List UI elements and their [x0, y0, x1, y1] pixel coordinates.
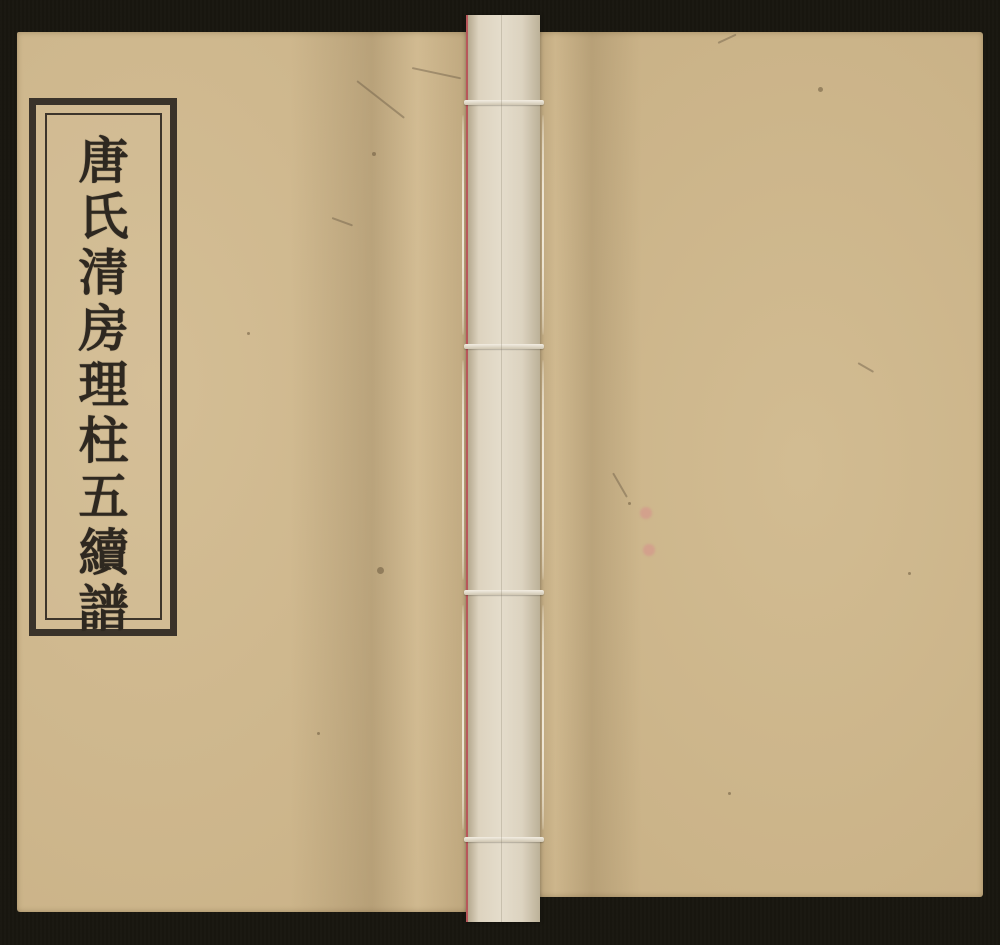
paper-crease — [858, 362, 875, 373]
title-char: 理 — [79, 357, 129, 413]
binding-thread — [462, 115, 464, 335]
binding-stitch — [464, 837, 544, 842]
paper-crease — [612, 473, 628, 498]
binding-thread — [462, 360, 464, 580]
binding-thread — [542, 115, 544, 335]
binding-thread — [542, 605, 544, 830]
binding-stitch — [464, 100, 544, 105]
title-char: 柱 — [79, 413, 129, 469]
stain-spot — [643, 544, 655, 556]
binding-thread — [542, 360, 544, 580]
paper-speck — [247, 332, 250, 335]
paper-crease — [332, 217, 353, 226]
binding-stitch — [464, 344, 544, 349]
paper-speck — [728, 792, 731, 795]
title-char: 氏 — [79, 189, 129, 245]
front-cover: 唐 氏 清 房 理 柱 五 續 譜 — [17, 32, 472, 912]
binding-stitch — [464, 590, 544, 595]
back-cover — [528, 32, 983, 897]
paper-speck — [908, 572, 911, 575]
title-char: 清 — [79, 245, 129, 301]
paper-crease — [356, 80, 405, 119]
binding-thread — [462, 605, 464, 830]
title-char: 譜 — [79, 581, 129, 637]
title-label-inner-frame: 唐 氏 清 房 理 柱 五 續 譜 — [45, 113, 162, 620]
book-spine — [466, 15, 540, 922]
paper-speck — [628, 502, 631, 505]
title-label: 唐 氏 清 房 理 柱 五 續 譜 — [29, 98, 177, 636]
title-char: 續 — [79, 525, 129, 581]
stain-spot — [640, 507, 652, 519]
paper-speck — [372, 152, 376, 156]
title-char: 唐 — [79, 133, 129, 189]
paper-crease — [412, 67, 461, 79]
paper-speck — [377, 567, 384, 574]
title-char: 五 — [79, 469, 129, 525]
title-char: 房 — [79, 301, 129, 357]
paper-speck — [818, 87, 823, 92]
paper-speck — [317, 732, 320, 735]
paper-crease — [718, 34, 737, 44]
